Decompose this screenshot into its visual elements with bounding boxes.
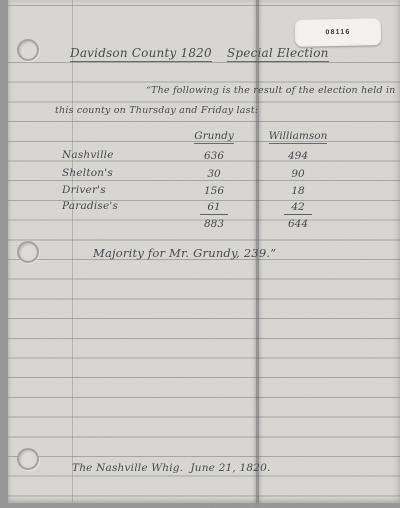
total-grundy: 883	[187, 218, 241, 230]
vote-count-williamson: 42	[266, 201, 330, 213]
vote-count-williamson-underlined: 42	[284, 201, 311, 215]
place-label: Shelton's	[62, 168, 113, 180]
total-williamson: 644	[266, 218, 330, 230]
doc-title-election: Special Election	[227, 47, 329, 60]
vote-count-williamson: 494	[266, 150, 330, 162]
hole-punch-bottom	[17, 448, 39, 470]
hole-punch-top	[17, 39, 39, 61]
notebook-paper: 08116 Davidson County 1820 Special Elect…	[8, 0, 400, 503]
doc-title-county: Davidson County 1820	[70, 47, 212, 60]
archive-label-number: 08116	[325, 29, 350, 37]
ruled-lines	[8, 62, 400, 498]
place-label: Nashville	[62, 150, 114, 162]
archive-label-sticker: 08116	[295, 18, 382, 47]
majority-line: Majority for Mr. Grundy, 239.”	[93, 247, 276, 260]
vote-count-grundy: 636	[187, 150, 241, 162]
doc-title-county-text: Davidson County 1820	[70, 46, 212, 62]
top-rule-line	[8, 5, 400, 6]
doc-title-election-text: Special Election	[227, 46, 329, 62]
column-header-grundy-text: Grundy	[194, 130, 234, 144]
column-header-williamson-text: Williamson	[269, 130, 328, 144]
vote-count-grundy-underlined: 61	[200, 201, 227, 215]
vote-count-grundy: 156	[187, 185, 241, 197]
vote-count-williamson: 90	[266, 168, 330, 180]
citation-line: The Nashville Whig. June 21, 1820.	[72, 463, 271, 475]
intro-line-2: this county on Thursday and Friday last:	[55, 106, 258, 116]
place-label: Driver's	[62, 185, 106, 197]
vote-count-grundy: 61	[187, 201, 241, 213]
vote-count-grundy: 30	[187, 168, 241, 180]
intro-line-1: “The following is the result of the elec…	[146, 86, 396, 96]
scanned-page: 08116 Davidson County 1820 Special Elect…	[0, 0, 400, 508]
place-label: Paradise's	[62, 201, 118, 213]
hole-punch-middle	[17, 241, 39, 263]
margin-line	[72, 0, 73, 503]
column-header-williamson: Williamson	[266, 130, 330, 142]
vote-count-williamson: 18	[266, 185, 330, 197]
column-header-grundy: Grundy	[187, 130, 241, 142]
